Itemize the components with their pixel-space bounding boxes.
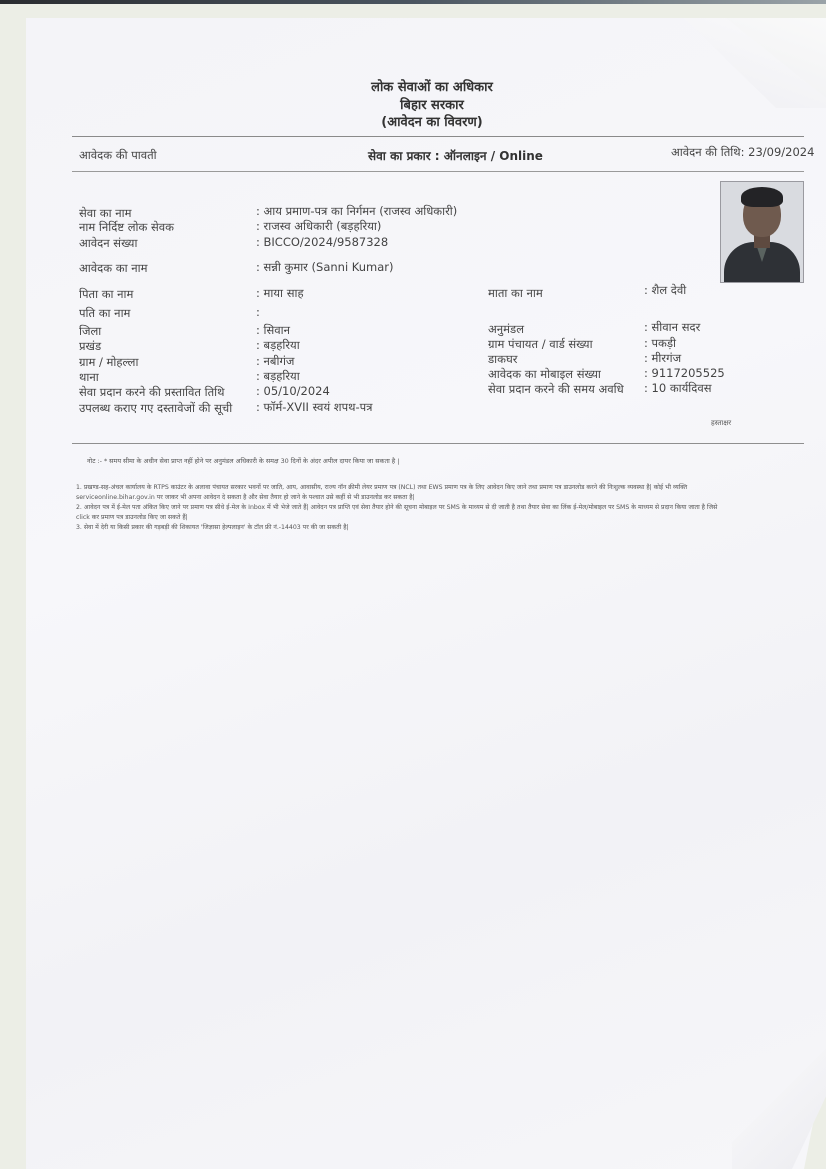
field-value-panchayat: : पकड़ी: [644, 336, 676, 351]
field-value-service-duration: : 10 कार्यदिवस: [644, 381, 712, 396]
divider-bottom: [72, 443, 804, 444]
field-label-proposed-date: सेवा प्रदान करने की प्रस्तावित तिथि: [79, 385, 225, 400]
scan-border: [0, 0, 826, 4]
instruction-2-cont: click कर प्रमाण पत्र डाउनलोड किए जा सकते…: [76, 512, 188, 521]
field-label-post-office: डाकघर: [488, 352, 517, 367]
field-value-subdivision: : सीवान सदर: [644, 320, 700, 335]
instruction-1: 1. प्रखण्ड-सह-अंचल कार्यालय के RTPS काउं…: [76, 482, 802, 491]
field-value-post-office: : मीरगंज: [644, 351, 681, 366]
field-label-mobile: आवेदक का मोबाइल संख्या: [488, 367, 601, 382]
field-label-public-servant: नाम निर्दिष्ट लोक सेवक: [79, 220, 174, 235]
field-value-public-servant: : राजस्व अधिकारी (बड़हरिया): [256, 219, 381, 234]
field-label-husband-name: पति का नाम: [79, 306, 130, 321]
field-label-police-station: थाना: [79, 370, 99, 385]
document-page: [26, 18, 826, 1169]
field-label-village: ग्राम / मोहल्ला: [79, 355, 138, 370]
divider-header: [72, 171, 804, 172]
field-label-service-name: सेवा का नाम: [79, 206, 132, 221]
field-value-mother-name: : शैल देवी: [644, 283, 686, 298]
field-value-proposed-date: : 05/10/2024: [256, 384, 330, 398]
field-value-application-number: : BICCO/2024/9587328: [256, 235, 388, 249]
field-value-village: : नबीगंज: [256, 354, 294, 369]
field-label-subdivision: अनुमंडल: [488, 322, 524, 337]
field-value-service-name: : आय प्रमाण-पत्र का निर्गमन (राजस्व अधिक…: [256, 204, 457, 219]
signature-label: हस्ताक्षर: [711, 419, 731, 428]
field-value-husband-name: :: [256, 305, 260, 319]
field-value-applicant-name: : सन्नी कुमार (Sanni Kumar): [256, 260, 394, 275]
instruction-1-cont: serviceonline.bihar.gov.in पर जाकर भी अप…: [76, 492, 415, 501]
field-label-district: जिला: [79, 324, 101, 339]
field-label-block: प्रखंड: [79, 339, 101, 354]
field-value-documents: : फॉर्म-XVII स्वयं शपथ-पत्र: [256, 400, 373, 415]
receipt-label: आवेदक की पावती: [79, 148, 157, 163]
field-label-father-name: पिता का नाम: [79, 287, 133, 302]
applicant-photo: [720, 181, 804, 283]
field-label-application-number: आवेदन संख्या: [79, 236, 137, 251]
service-type: सेवा का प्रकार : ऑनलाइन / Online: [368, 147, 543, 164]
field-value-father-name: : माया साह: [256, 286, 304, 301]
field-value-block: : बड़हरिया: [256, 338, 300, 353]
instruction-2: 2. आवेदन पत्र में ई-मेल पता अंकित किए जा…: [76, 502, 802, 511]
field-label-applicant-name: आवेदक का नाम: [79, 261, 147, 276]
field-value-district: : सिवान: [256, 323, 290, 338]
field-label-documents: उपलब्ध कराए गए दस्तावेजों की सूची: [79, 401, 232, 416]
field-label-service-duration: सेवा प्रदान करने की समय अवधि: [488, 382, 624, 397]
field-label-mother-name: माता का नाम: [488, 286, 543, 301]
application-date: आवेदन की तिथि: 23/09/2024: [671, 145, 814, 160]
title-line-1: लोक सेवाओं का अधिकार: [332, 77, 532, 95]
field-label-panchayat: ग्राम पंचायत / वार्ड संख्या: [488, 337, 593, 352]
divider-top: [72, 136, 804, 137]
field-value-police-station: : बड़हरिया: [256, 369, 300, 384]
appeal-note: नोट :- * समय सीमा के अधीन सेवा प्राप्त न…: [87, 456, 399, 465]
instruction-3: 3. सेवा में देरी या किसी प्रकार की गड़बड…: [76, 522, 349, 531]
title-line-2: बिहार सरकार: [332, 95, 532, 113]
title-line-3: (आवेदन का विवरण): [332, 112, 532, 130]
field-value-mobile: : 9117205525: [644, 366, 725, 380]
